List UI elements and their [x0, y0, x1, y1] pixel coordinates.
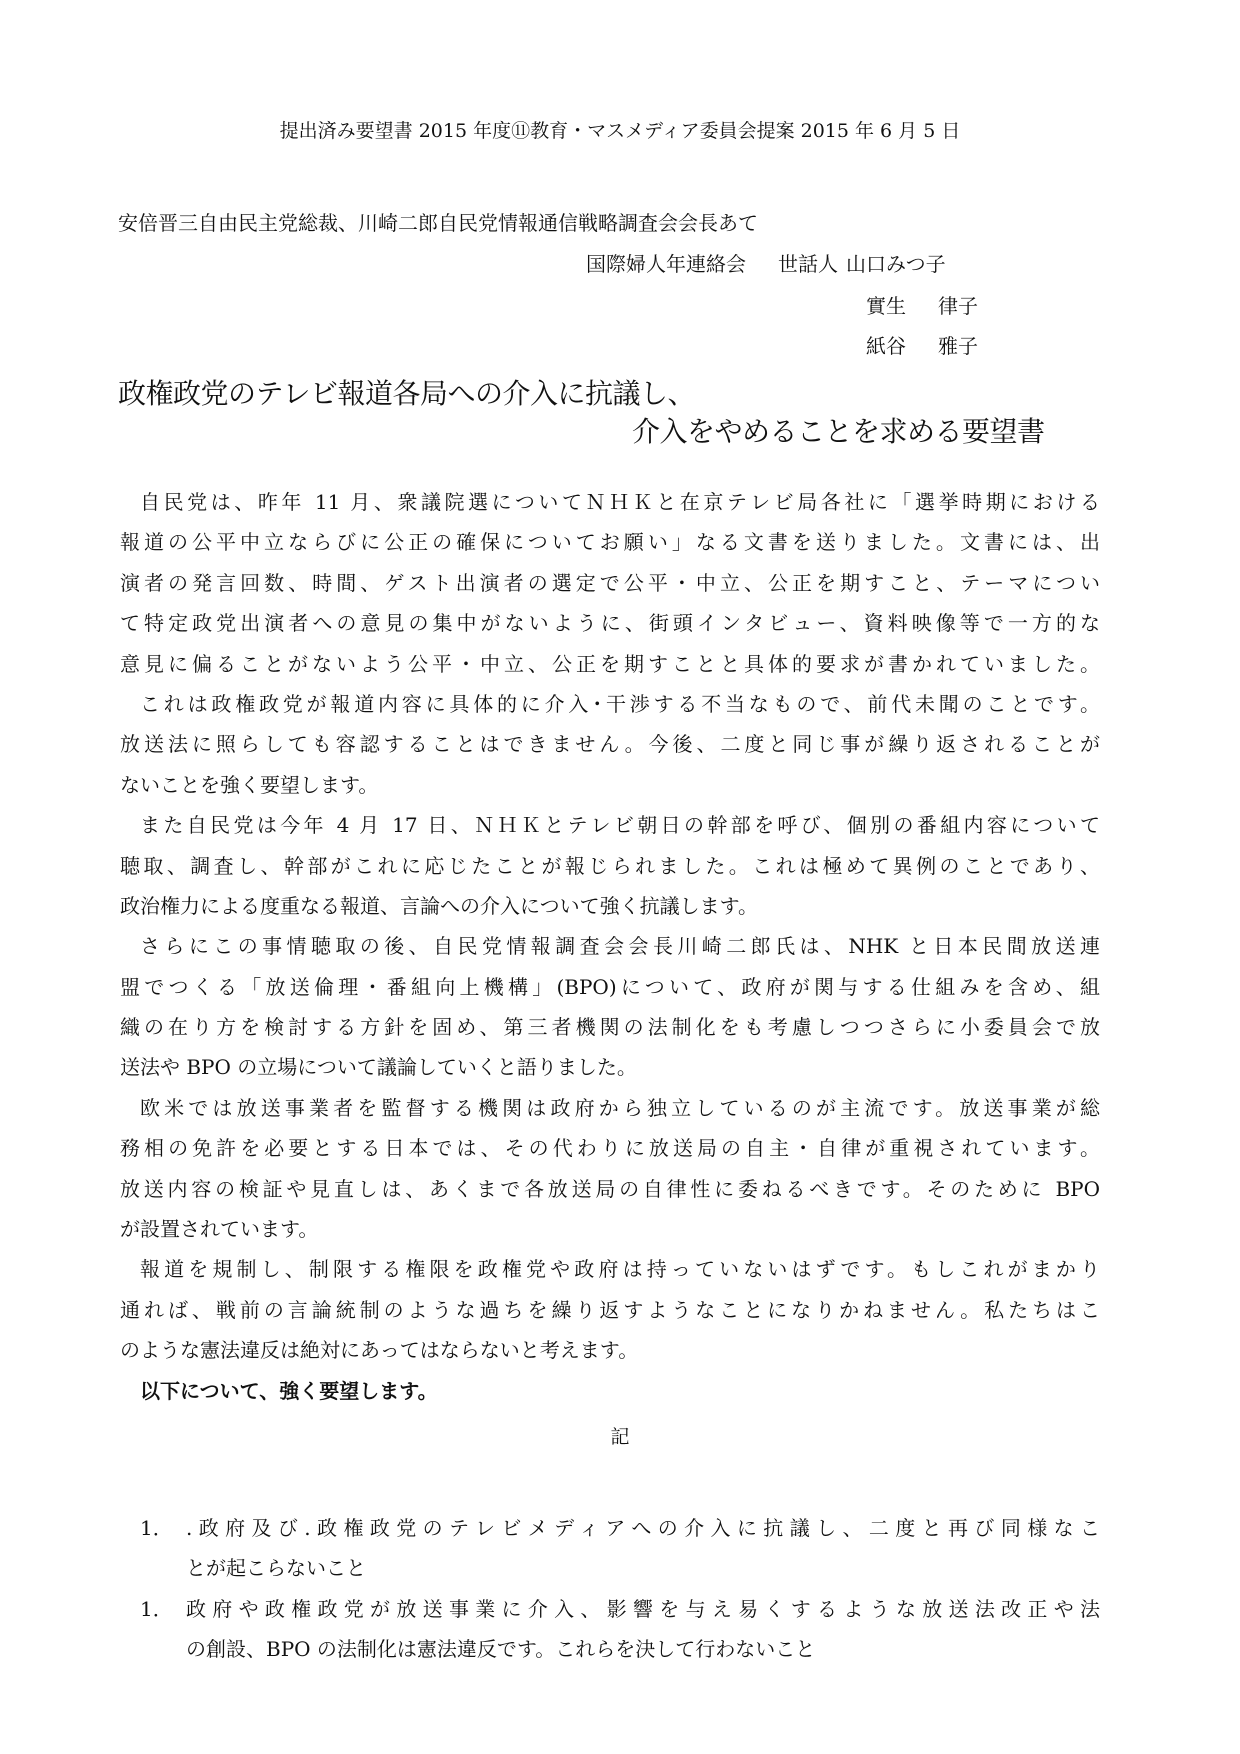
addressee-line: 安倍晋三自由民主党総裁、川崎二郎自民党情報通信戦略調査会会長あて — [118, 207, 758, 236]
document-title-line-1: 政権政党のテレビ報道各局への介入に抗議し、 — [118, 372, 695, 412]
document-page: 提出済み要望書 2015 年度⑪教育・マスメディア委員会提案 2015 年 6 … — [0, 0, 1240, 1754]
sender-organization: 国際婦人年連絡会 — [586, 252, 746, 276]
sender-name-given: みつ子 — [886, 252, 946, 276]
item-line: 政府や政権政党が放送事業に介入、影響を与え易くするような放送法改正や法 — [186, 1589, 1100, 1629]
document-body: 自民党は、昨年 11 月、衆議院選についてＮＨＫと在京テレビ局各社に「選挙時期に… — [120, 482, 1100, 1411]
item-number: 1． — [140, 1508, 186, 1589]
ki-label: 記 — [0, 1422, 1240, 1449]
paragraph-line: のような憲法違反は絶対にあってはならないと考えます。 — [120, 1330, 1100, 1370]
paragraph: 欧米では放送事業者を監督する機関は政府から独立しているのが主流です。放送事業が総… — [120, 1088, 1100, 1250]
paragraph-line: が設置されています。 — [120, 1209, 1100, 1249]
sender-block: 国際婦人年連絡会世話人山口みつ子 — [586, 248, 946, 277]
paragraph-line: 送法や BPO の立場について議論していくと語りました。 — [120, 1047, 1100, 1087]
paragraph: 自民党は、昨年 11 月、衆議院選についてＮＨＫと在京テレビ局各社に「選挙時期に… — [120, 482, 1100, 684]
sender-name-family: 實生 — [866, 294, 906, 318]
item-line: とが起こらないこと — [186, 1548, 1100, 1588]
sender-name-given: 律子 — [938, 294, 978, 318]
document-title-line-2: 介入をやめることを求める要望書 — [632, 410, 1045, 450]
paragraph-line: 報道を規制し、制限する権限を政権党や政府は持っていないはずです。もしこれがまかり — [120, 1249, 1100, 1289]
item-number: 1． — [140, 1589, 186, 1670]
paragraph-line: 務相の免許を必要とする日本では、その代わりに放送局の自主・自律が重視されています… — [120, 1128, 1100, 1168]
paragraph-line: 放送法に照らしても容認することはできません。今後、二度と同じ事が繰り返されること… — [120, 724, 1100, 764]
paragraph-line: 聴取、調査し、幹部がこれに応じたことが報じられました。これは極めて異例のことであ… — [120, 846, 1100, 886]
paragraph-line: て特定政党出演者への意見の集中がないように、街頭インタビュー、資料映像等で一方的… — [120, 603, 1100, 643]
paragraph-line: ないことを強く要望します。 — [120, 765, 1100, 805]
sender-role: 世話人 — [778, 252, 838, 276]
request-item: 1． .政府及び.政権政党のテレビメディアへの介入に抗議し、二度と再び同様なこ … — [140, 1508, 1100, 1589]
request-intro: 以下について、強く要望します。 — [120, 1371, 1100, 1411]
paragraph-line: さらにこの事情聴取の後、自民党情報調査会会長川崎二郎氏は、NHK と日本民間放送… — [120, 926, 1100, 966]
paragraph: また自民党は今年 4 月 17 日、ＮＨＫとテレビ朝日の幹部を呼び、個別の番組内… — [120, 805, 1100, 926]
item-line: .政府及び.政権政党のテレビメディアへの介入に抗議し、二度と再び同様なこ — [186, 1508, 1100, 1548]
item-line: の創設、BPO の法制化は憲法違反です。これらを決して行わないこと — [186, 1629, 1100, 1669]
sender-name-given: 雅子 — [938, 334, 978, 358]
paragraph-line: 意見に偏ることがないよう公平・中立、公正を期すことと具体的要求が書かれていました… — [120, 644, 1100, 684]
sender-name-2: 實生律子 — [866, 290, 978, 319]
paragraph-line: また自民党は今年 4 月 17 日、ＮＨＫとテレビ朝日の幹部を呼び、個別の番組内… — [120, 805, 1100, 845]
request-item: 1． 政府や政権政党が放送事業に介入、影響を与え易くするような放送法改正や法 の… — [140, 1589, 1100, 1670]
document-header: 提出済み要望書 2015 年度⑪教育・マスメディア委員会提案 2015 年 6 … — [0, 116, 1240, 143]
paragraph-line: 政治権力による度重なる報道、言論への介入について強く抗議します。 — [120, 886, 1100, 926]
request-items: 1． .政府及び.政権政党のテレビメディアへの介入に抗議し、二度と再び同様なこ … — [140, 1508, 1100, 1670]
paragraph-line: 放送内容の検証や見直しは、あくまで各放送局の自律性に委ねるべきです。そのために … — [120, 1169, 1100, 1209]
paragraph-line: 演者の発言回数、時間、ゲスト出演者の選定で公平・中立、公正を期すこと、テーマにつ… — [120, 563, 1100, 603]
paragraph-line: 自民党は、昨年 11 月、衆議院選についてＮＨＫと在京テレビ局各社に「選挙時期に… — [120, 482, 1100, 522]
paragraph: これは政権政党が報道内容に具体的に介入･干渉する不当なもので、前代未聞のことです… — [120, 684, 1100, 805]
paragraph-line: 通れば、戦前の言論統制のような過ちを繰り返すようなことになりかねません。私たちは… — [120, 1290, 1100, 1330]
sender-name-family: 山口 — [846, 252, 886, 276]
sender-name-family: 紙谷 — [866, 334, 906, 358]
paragraph: 報道を規制し、制限する権限を政権党や政府は持っていないはずです。もしこれがまかり… — [120, 1249, 1100, 1370]
sender-name-3: 紙谷雅子 — [866, 330, 978, 359]
paragraph-line: これは政権政党が報道内容に具体的に介入･干渉する不当なもので、前代未聞のことです… — [120, 684, 1100, 724]
paragraph-line: 報道の公平中立ならびに公正の確保についてお願い」なる文書を送りました。文書には、… — [120, 522, 1100, 562]
paragraph-line: 盟でつくる「放送倫理・番組向上機構」(BPO)について、政府が関与する仕組みを含… — [120, 967, 1100, 1007]
paragraph-line: 欧米では放送事業者を監督する機関は政府から独立しているのが主流です。放送事業が総 — [120, 1088, 1100, 1128]
paragraph: さらにこの事情聴取の後、自民党情報調査会会長川崎二郎氏は、NHK と日本民間放送… — [120, 926, 1100, 1088]
paragraph-line: 織の在り方を検討する方針を固め、第三者機関の法制化をも考慮しつつさらに小委員会で… — [120, 1007, 1100, 1047]
